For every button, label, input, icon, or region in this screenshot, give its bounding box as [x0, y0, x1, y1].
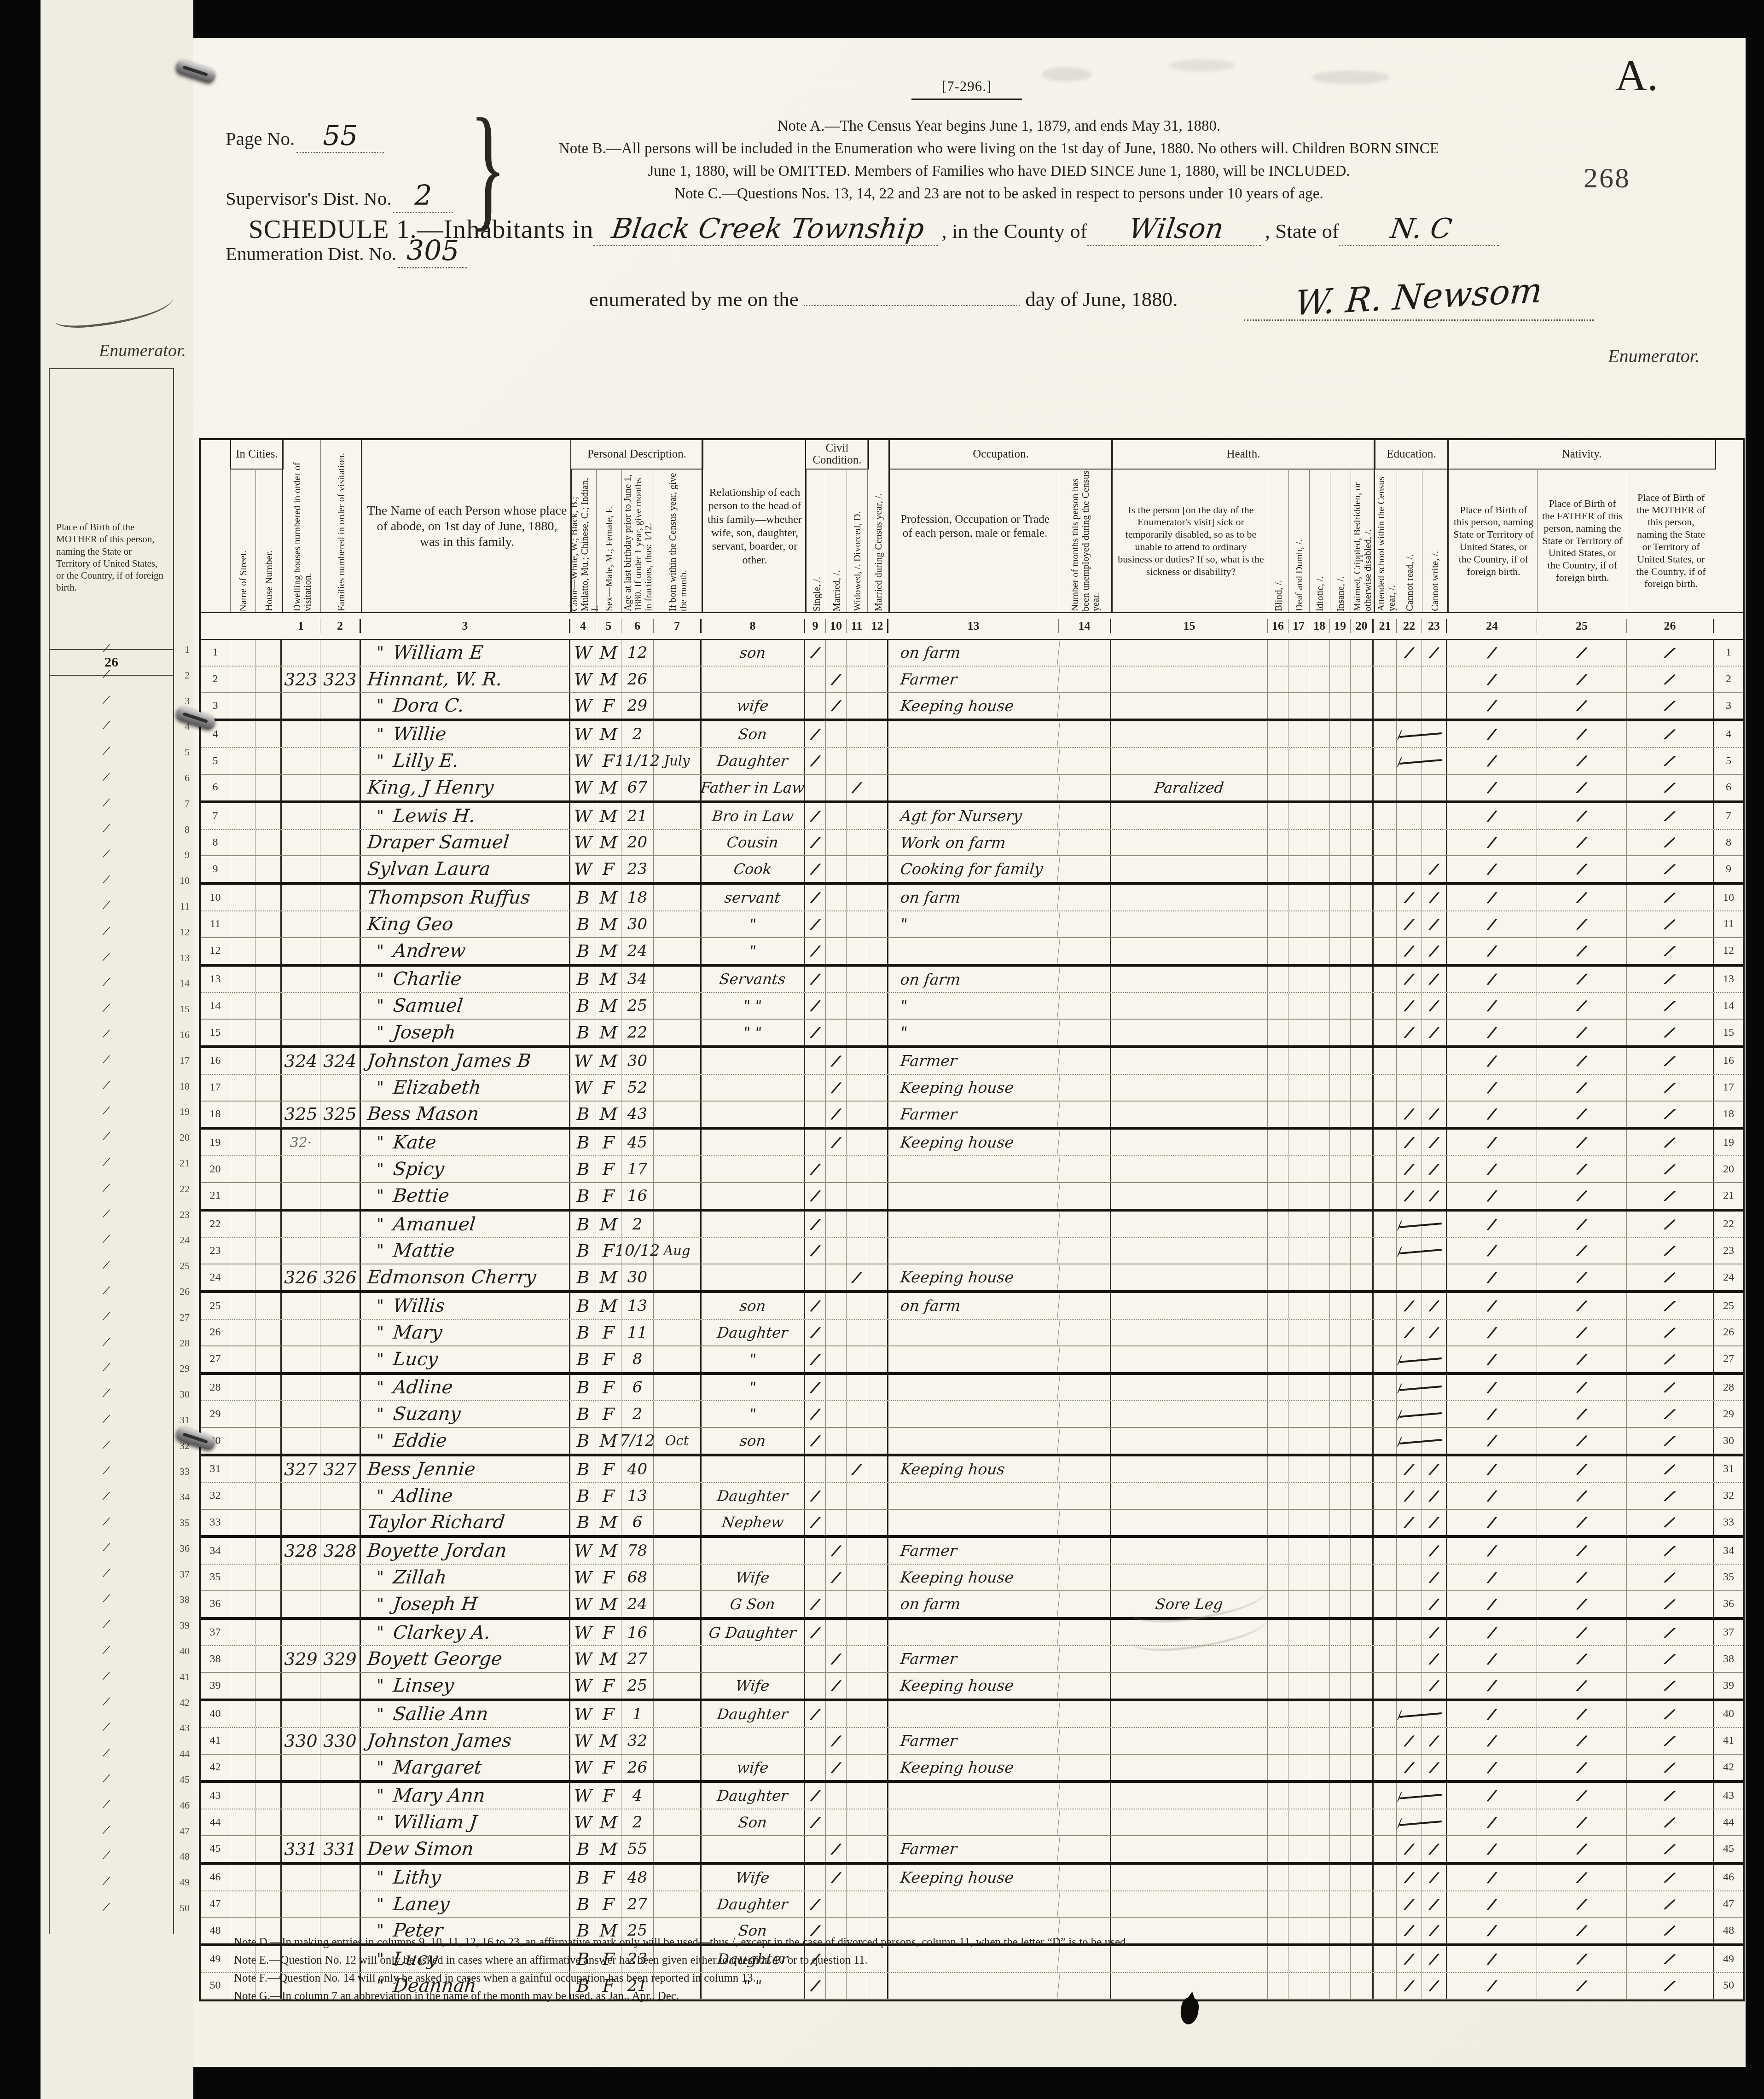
cell-single: / — [805, 1346, 826, 1372]
cell-relationship: Daughter — [702, 1320, 805, 1345]
cell-widowed — [847, 1673, 867, 1699]
person-row: 1"William EWM12son/on farm/////1 — [201, 640, 1743, 667]
cell-birth-month — [654, 938, 702, 964]
person-row: 44"William JWM2Son////44 — [201, 1809, 1743, 1836]
cell-cannot-read: / — [1397, 1973, 1422, 1999]
cell-attended-school — [1374, 1783, 1397, 1809]
cell-blind — [1268, 967, 1288, 992]
cell-family — [320, 967, 361, 992]
col-number: 20 — [1351, 619, 1374, 633]
cell-dwelling — [282, 1865, 320, 1890]
cell-widowed — [847, 748, 867, 774]
cell-cannot-read: / — [1397, 993, 1422, 1019]
cell-maimed — [1351, 1783, 1374, 1809]
cell-family — [320, 938, 361, 964]
cell-married: / — [826, 1102, 847, 1127]
cell-pob-mother: / — [1627, 1891, 1714, 1917]
cell-age: 11/12 — [621, 748, 654, 774]
cell-dwelling — [282, 911, 320, 937]
cell-birth-month — [654, 1183, 702, 1209]
cell-married — [826, 1783, 847, 1809]
cell-relationship: Servants — [702, 967, 805, 992]
prev-page-row: /4 — [49, 714, 187, 740]
cell-maimed — [1351, 1701, 1374, 1727]
row-number-left: 46 — [201, 1865, 230, 1890]
row-number-left: 12 — [201, 938, 230, 964]
cell-married — [826, 1483, 847, 1509]
cell-relationship — [702, 1048, 805, 1074]
cell-sex: M — [596, 640, 621, 666]
cell-name: "Clarkey A. — [361, 1620, 570, 1646]
col-header-c16: Blind, /. — [1268, 469, 1289, 613]
cell-cannot-write — [1422, 667, 1447, 692]
cell-occupation — [887, 1783, 1060, 1809]
cell-idiotic — [1309, 1264, 1330, 1290]
group-header: Education. — [1374, 440, 1449, 470]
cell-deaf-dumb — [1288, 1836, 1309, 1862]
cell-health — [1111, 1293, 1268, 1319]
cell-birth-month — [654, 1346, 702, 1372]
enumerator-signature: W. R. Newsom — [1244, 277, 1594, 321]
cell-widowed — [847, 1048, 867, 1074]
cell-maimed — [1351, 885, 1374, 910]
cell-pob-mother: / — [1627, 775, 1714, 800]
cell-single — [805, 1728, 826, 1754]
cell-name: Bess Mason — [361, 1102, 570, 1127]
cell-cannot-read: / — [1397, 1510, 1422, 1536]
person-row: 43"Mary AnnWF4Daughter////43 — [201, 1783, 1743, 1809]
cell-married-in-year — [867, 938, 888, 964]
cell-cannot-write: / — [1422, 1130, 1447, 1155]
cell-insane — [1330, 1755, 1351, 1780]
cell-attended-school — [1374, 1075, 1397, 1101]
cell-idiotic — [1309, 1538, 1330, 1564]
cell-health — [1111, 1102, 1268, 1127]
cell-married-in-year — [867, 1293, 888, 1319]
cell-single: / — [805, 640, 826, 666]
cell-months-unemployed — [1059, 1428, 1111, 1454]
prev-page-row: /39 — [49, 1613, 187, 1639]
cell-months-unemployed — [1059, 1783, 1111, 1809]
cell-idiotic — [1309, 1346, 1330, 1372]
cell-occupation: Keeping house — [887, 693, 1060, 719]
cell-birth-month — [654, 885, 702, 910]
cell-pob-mother: / — [1627, 1428, 1714, 1454]
cell-single: / — [805, 967, 826, 992]
cell-idiotic — [1309, 1401, 1330, 1427]
cell-sex: M — [596, 1293, 621, 1319]
row-number-left: 8 — [201, 830, 230, 856]
col-header-c24: Place of Birth of this person, naming St… — [1447, 469, 1538, 613]
cell-married-in-year — [867, 1891, 888, 1917]
cell-name: "Joseph — [361, 1020, 570, 1045]
state-value: N. C — [1339, 213, 1503, 246]
cell-insane — [1330, 967, 1351, 992]
cell-health — [1111, 1375, 1268, 1401]
cell-pob-father: / — [1537, 1401, 1627, 1427]
cell-age: 27 — [621, 1646, 654, 1672]
cell-pob-mother: / — [1627, 993, 1714, 1019]
cell-deaf-dumb — [1288, 775, 1309, 800]
cell-age: 20 — [621, 830, 654, 856]
county-label: , in the County of — [942, 220, 1087, 243]
cell-birth-month — [654, 1728, 702, 1754]
prev-page-row: /38 — [49, 1587, 187, 1613]
cell-single: / — [805, 1183, 826, 1209]
cell-married: / — [826, 693, 847, 719]
cell-birth-month — [654, 1783, 702, 1809]
cell-name: "Spicy — [361, 1156, 570, 1182]
cell-occupation: Work on farm — [887, 830, 1060, 856]
col-number: 22 — [1397, 619, 1422, 633]
cell-occupation — [887, 1510, 1060, 1536]
cell-insane — [1330, 1646, 1351, 1672]
cell-deaf-dumb — [1288, 1755, 1309, 1780]
cell-occupation: Farmer — [887, 1646, 1060, 1672]
cell-birth-month — [654, 1565, 702, 1590]
cell-widowed — [847, 1375, 867, 1401]
cell-family: 330 — [320, 1728, 361, 1754]
cell-dwelling — [282, 1510, 320, 1536]
cell-married: / — [826, 1565, 847, 1590]
cell-married-in-year — [867, 1264, 888, 1290]
cell-pob-mother: / — [1627, 1401, 1714, 1427]
cell-idiotic — [1309, 1238, 1330, 1264]
cell-married: / — [826, 667, 847, 692]
cell-family — [320, 1891, 361, 1917]
cell-married-in-year — [867, 1375, 888, 1401]
cell-idiotic — [1309, 1755, 1330, 1780]
row-number-left: 50 — [201, 1973, 230, 1999]
cell-deaf-dumb — [1288, 1346, 1309, 1372]
cell-deaf-dumb — [1288, 856, 1309, 882]
cell-occupation: " — [887, 1020, 1060, 1045]
cell-blind — [1268, 1973, 1288, 1999]
cell-idiotic — [1309, 885, 1330, 910]
cell-attended-school — [1374, 1728, 1397, 1754]
cell-single: / — [805, 748, 826, 774]
person-row: 22"AmanuelBM2////22 — [201, 1212, 1743, 1238]
cell-deaf-dumb — [1288, 1238, 1309, 1264]
cell-birth-month — [654, 693, 702, 719]
cell-blind — [1268, 1293, 1288, 1319]
cell-relationship: Daughter — [702, 1483, 805, 1509]
cell-pob-father: / — [1537, 693, 1627, 719]
cell-married-in-year — [867, 775, 888, 800]
cell-cannot-read: / — [1397, 1918, 1422, 1943]
person-row: 18325325Bess MasonBM43/Farmer/////18 — [201, 1102, 1743, 1130]
cell-age: 18 — [621, 885, 654, 910]
cell-married-in-year — [867, 1401, 888, 1427]
cell-idiotic — [1309, 1130, 1330, 1155]
col-number: 19 — [1330, 619, 1351, 633]
cell-single: / — [805, 1701, 826, 1727]
cell-color: B — [570, 911, 596, 937]
cell-deaf-dumb — [1288, 1783, 1309, 1809]
cell-relationship — [702, 1646, 805, 1672]
person-row: 39"LinseyWF25Wife/Keeping house////39 — [201, 1673, 1743, 1701]
cell-attended-school — [1374, 1646, 1397, 1672]
col-number: 9 — [805, 619, 826, 633]
cell-occupation — [887, 748, 1060, 774]
cell-maimed — [1351, 1156, 1374, 1182]
cell-widowed — [847, 1591, 867, 1617]
prev-page-row: /41 — [49, 1664, 187, 1690]
prev-page-row: /1 — [49, 637, 187, 663]
cell-health — [1111, 1401, 1268, 1427]
cell-occupation: " — [887, 993, 1060, 1019]
cell-health — [1111, 1212, 1268, 1237]
col-number: 15 — [1111, 619, 1268, 633]
cell-single: / — [805, 721, 826, 747]
cell-dwelling — [282, 1212, 320, 1237]
cell-occupation: Farmer — [887, 667, 1060, 692]
cell-birth-month — [654, 1755, 702, 1780]
cell-married-in-year — [867, 803, 888, 829]
cell-health — [1111, 1020, 1268, 1045]
cell-family — [320, 1130, 361, 1155]
cell-maimed — [1351, 1183, 1374, 1209]
cell-maimed — [1351, 1375, 1374, 1401]
cell-birth-month: Aug — [654, 1238, 702, 1264]
cell-family — [320, 1238, 361, 1264]
cell-birth-month — [654, 1264, 702, 1290]
cell-maimed — [1351, 1428, 1374, 1454]
cell-pob-father: / — [1537, 1156, 1627, 1182]
col-header-c4: Color—White, W.; Black, B.; Mulatto, Mu.… — [570, 469, 598, 613]
cell-maimed — [1351, 1020, 1374, 1045]
cell-married-in-year — [867, 1212, 888, 1237]
cell-widowed — [847, 1783, 867, 1809]
cell-cannot-read — [1397, 1375, 1422, 1401]
cell-occupation: on farm — [887, 1591, 1060, 1617]
cell-widowed — [847, 1755, 867, 1780]
cell-cannot-write: / — [1422, 1591, 1447, 1617]
cell-pob-mother: / — [1627, 1809, 1714, 1835]
cell-dwelling — [282, 1755, 320, 1780]
cell-relationship: G Son — [702, 1591, 805, 1617]
cell-dwelling — [282, 803, 320, 829]
cell-widowed — [847, 1483, 867, 1509]
cell-maimed — [1351, 1946, 1374, 1972]
cell-attended-school — [1374, 1238, 1397, 1264]
cell-single — [805, 1048, 826, 1074]
cell-age: 12 — [621, 640, 654, 666]
cell-insane — [1330, 938, 1351, 964]
cell-family — [320, 1346, 361, 1372]
cell-married-in-year — [867, 1183, 888, 1209]
cell-single: / — [805, 1510, 826, 1536]
cell-color: B — [570, 1865, 596, 1890]
row-number-left: 26 — [201, 1320, 230, 1345]
cell-occupation: Keeping house — [887, 1565, 1060, 1590]
cell-dwelling — [282, 775, 320, 800]
cell-cannot-write: / — [1422, 1620, 1447, 1646]
cell-single — [805, 1673, 826, 1699]
cell-months-unemployed — [1059, 1401, 1111, 1427]
row-number-left: 24 — [201, 1264, 230, 1290]
cell-sex: F — [596, 1156, 621, 1182]
cell-deaf-dumb — [1288, 1102, 1309, 1127]
cell-sex: M — [596, 1836, 621, 1862]
cell-blind — [1268, 721, 1288, 747]
col-header-c13: Profession, Occupation or Trade of each … — [888, 440, 1060, 613]
prev-page-row: /48 — [49, 1844, 187, 1870]
cell-months-unemployed — [1059, 1156, 1111, 1182]
cell-health — [1111, 885, 1268, 910]
cell-married-in-year — [867, 748, 888, 774]
cell-sex: M — [596, 830, 621, 856]
cell-cannot-write: / — [1422, 1538, 1447, 1564]
cell-birth-month: July — [654, 748, 702, 774]
cell-blind — [1268, 667, 1288, 692]
cell-health — [1111, 1836, 1268, 1862]
person-row: 4"WillieWM2Son////4 — [201, 721, 1743, 748]
cell-idiotic — [1309, 1918, 1330, 1943]
cell-sex: M — [596, 993, 621, 1019]
cell-family — [320, 993, 361, 1019]
person-row: 31327327Bess JennieBF40/Keeping hous////… — [201, 1456, 1743, 1483]
cell-insane — [1330, 856, 1351, 882]
cell-relationship: " — [702, 1375, 805, 1401]
row-number-left: 39 — [201, 1673, 230, 1699]
cell-months-unemployed — [1059, 693, 1111, 719]
cell-color: W — [570, 693, 596, 719]
cell-attended-school — [1374, 1375, 1397, 1401]
cell-occupation — [887, 1401, 1060, 1427]
cell-maimed — [1351, 1510, 1374, 1536]
cell-insane — [1330, 721, 1351, 747]
col-number: 8 — [702, 619, 805, 633]
cell-idiotic — [1309, 1673, 1330, 1699]
cell-color: B — [570, 938, 596, 964]
cell-pob-self: / — [1447, 1891, 1537, 1917]
person-row: 6King, J HenryWM67Father in Law/Paralize… — [201, 775, 1743, 803]
cell-insane — [1330, 1020, 1351, 1045]
cell-age: 6 — [621, 1375, 654, 1401]
cell-cannot-write: / — [1422, 938, 1447, 964]
row-number-left: 22 — [201, 1212, 230, 1237]
cell-single — [805, 1565, 826, 1590]
cell-insane — [1330, 1673, 1351, 1699]
cell-family — [320, 1783, 361, 1809]
cell-dwelling — [282, 721, 320, 747]
cell-insane — [1330, 1918, 1351, 1943]
cell-pob-father: / — [1537, 748, 1627, 774]
cell-insane — [1330, 1375, 1351, 1401]
cell-pob-self: / — [1447, 667, 1537, 692]
cell-married-in-year — [867, 1809, 888, 1835]
cell-widowed — [847, 1428, 867, 1454]
cell-married — [826, 1701, 847, 1727]
cell-idiotic — [1309, 775, 1330, 800]
row-number-right: 17 — [1714, 1075, 1743, 1101]
cell-relationship — [702, 1183, 805, 1209]
person-row: 23"MattieBF10/12Aug////23 — [201, 1238, 1743, 1265]
cell-maimed — [1351, 1320, 1374, 1345]
row-number-left: 21 — [201, 1183, 230, 1209]
cell-occupation — [887, 775, 1060, 800]
cell-widowed — [847, 1156, 867, 1182]
cell-attended-school — [1374, 1212, 1397, 1237]
cell-health — [1111, 938, 1268, 964]
cell-name: "William J — [361, 1809, 570, 1835]
cell-attended-school — [1374, 1264, 1397, 1290]
cell-dwelling — [282, 1375, 320, 1401]
cell-family — [320, 856, 361, 882]
cell-birth-month — [654, 1836, 702, 1862]
cell-name: "Zillah — [361, 1565, 570, 1590]
cell-idiotic — [1309, 1293, 1330, 1319]
cell-cannot-read — [1397, 830, 1422, 856]
cell-attended-school — [1374, 748, 1397, 774]
col-header-c26: Place of Birth of the MOTHER of this per… — [1627, 469, 1715, 613]
cell-widowed — [847, 721, 867, 747]
cell-insane — [1330, 1456, 1351, 1482]
cell-months-unemployed — [1059, 1836, 1111, 1862]
cell-pob-mother: / — [1627, 1646, 1714, 1672]
cell-blind — [1268, 1048, 1288, 1074]
cell-married — [826, 721, 847, 747]
cell-health — [1111, 1565, 1268, 1590]
cell-widowed — [847, 693, 867, 719]
person-row: 38329329Boyett GeorgeWM27/Farmer////38 — [201, 1646, 1743, 1673]
cell-married — [826, 1375, 847, 1401]
cell-months-unemployed — [1059, 1865, 1111, 1890]
col-number: 23 — [1422, 619, 1447, 633]
cell-idiotic — [1309, 1646, 1330, 1672]
cell-color: W — [570, 856, 596, 882]
cell-married: / — [826, 1075, 847, 1101]
cell-color: W — [570, 748, 596, 774]
cell-age: 55 — [621, 1836, 654, 1862]
previous-page-edge: Enumerator. Place of Birth of the MOTHER… — [41, 0, 193, 2099]
group-header: In Cities. — [230, 440, 284, 470]
cell-deaf-dumb — [1288, 1048, 1309, 1074]
cell-cannot-write: / — [1422, 885, 1447, 910]
cell-age: 27 — [621, 1891, 654, 1917]
cell-idiotic — [1309, 1836, 1330, 1862]
cell-pob-mother: / — [1627, 1701, 1714, 1727]
cell-married-in-year — [867, 1701, 888, 1727]
cell-cannot-write: / — [1422, 1483, 1447, 1509]
cell-pob-father: / — [1537, 1973, 1627, 1999]
cell-relationship — [702, 1238, 805, 1264]
cell-relationship: Daughter — [702, 748, 805, 774]
cell-name: Dew Simon — [361, 1836, 570, 1862]
cell-single — [805, 1264, 826, 1290]
cell-relationship — [702, 1538, 805, 1564]
cell-pob-father: / — [1537, 1428, 1627, 1454]
cell-sex: F — [596, 1565, 621, 1590]
row-number-right: 1 — [1714, 640, 1743, 666]
cell-sex: F — [596, 856, 621, 882]
cell-idiotic — [1309, 1075, 1330, 1101]
cell-married — [826, 1428, 847, 1454]
schedule-title-line: SCHEDULE 1.—Inhabitants in Black Creek T… — [249, 213, 1722, 246]
cell-sex: F — [596, 1891, 621, 1917]
cell-dwelling — [282, 885, 320, 910]
cell-deaf-dumb — [1288, 1728, 1309, 1754]
cell-married — [826, 830, 847, 856]
cell-color: B — [570, 1375, 596, 1401]
cell-birth-month — [654, 1293, 702, 1319]
cell-blind — [1268, 1646, 1288, 1672]
cell-attended-school — [1374, 1918, 1397, 1943]
cell-married-in-year — [867, 1238, 888, 1264]
cell-dwelling — [282, 1075, 320, 1101]
cell-pob-father: / — [1537, 1212, 1627, 1237]
